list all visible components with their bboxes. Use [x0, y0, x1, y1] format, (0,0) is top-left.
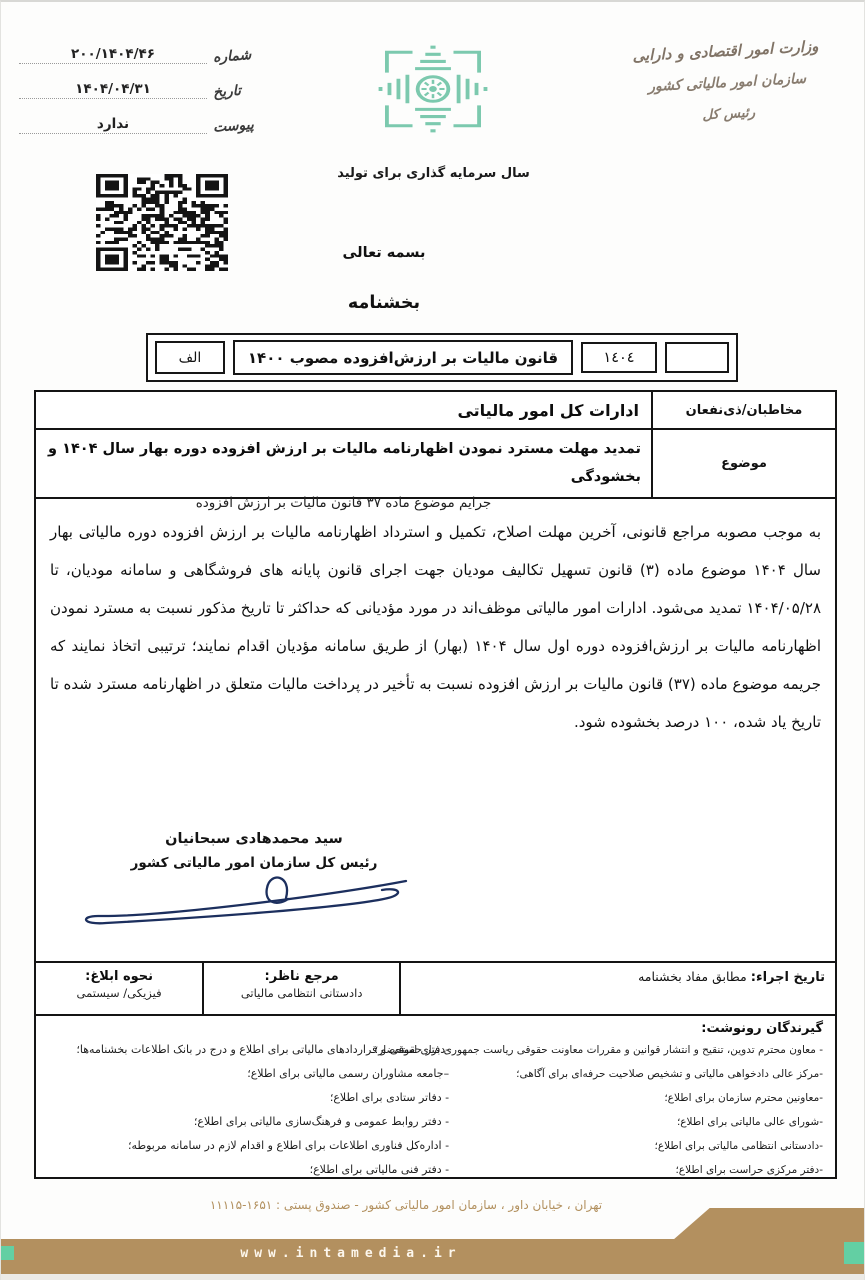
execution-date-cell: تاریخ اجراء: مطابق مفاد بخشنامه	[401, 963, 835, 1014]
cc-item: -دادستانی انتظامی مالیاتی برای اطلاع؛	[449, 1134, 823, 1158]
date-label: تاریخ	[207, 81, 270, 101]
cc-item: - دفتر روابط عمومی و فرهنگ‌سازی مالیاتی …	[44, 1110, 449, 1134]
cc-item: -مرکز عالی دادخواهی مالیاتی و تشخیص صلاح…	[449, 1062, 823, 1086]
execution-date-label: تاریخ اجراء:	[751, 970, 825, 985]
letterhead: وزارت امور اقتصادی و دارایی سازمان امور …	[594, 35, 860, 129]
subject-value: تمدید مهلت مسترد نمودن اظهارنامه مالیات …	[36, 430, 651, 497]
cc-item: -دفتر حقوقی و قراردادهای مالیاتی برای اط…	[44, 1038, 449, 1062]
number-value: ۲۰۰/۱۴۰۴/۴۶	[19, 46, 207, 64]
signer-name: سید محمدهادی سبحانیان	[84, 831, 424, 847]
classification-letter-box: الف	[155, 341, 225, 374]
meta-row-attachment: پیوست ندارد	[19, 116, 269, 134]
footer-teal-square-left	[1, 1246, 14, 1260]
qr-code	[96, 174, 228, 271]
subject-label: موضوع	[651, 430, 835, 497]
subject-line1: تمدید مهلت مسترد نمودن اظهارنامه مالیات …	[46, 436, 641, 491]
classification-law-box: قانون مالیات بر ارزش‌افزوده مصوب ۱۴۰۰	[233, 340, 573, 375]
audience-row: مخاطبان/ذی‌نفعان ادارات کل امور مالیاتی	[36, 392, 835, 430]
body-row: به موجب مصوبه مراجع قانونی، آخرین مهلت ا…	[36, 499, 835, 961]
classification-year-box: ١٤٠٤	[581, 342, 657, 373]
number-label: شماره	[207, 46, 270, 66]
date-value: ۱۴۰۴/۰۴/۳۱	[19, 81, 207, 99]
supervisor-cell: مرجع ناظر: دادستانی انتظامی مالیاتی	[202, 963, 401, 1014]
subject-row: موضوع تمدید مهلت مسترد نمودن اظهارنامه م…	[36, 430, 835, 499]
document-type-heading: بخشنامه	[284, 293, 484, 313]
head-title: رئیس کل	[597, 99, 859, 129]
classification-bar: ١٤٠٤ قانون مالیات بر ارزش‌افزوده مصوب ۱۴…	[146, 333, 738, 382]
cc-item: - معاون محترم تدوین، تنقیح و انتشار قوان…	[449, 1038, 823, 1062]
bismillah-heading: بسمه تعالی	[284, 245, 484, 261]
scan-bottom-edge	[1, 1274, 865, 1280]
supervisor-label: مرجع ناظر:	[204, 969, 399, 984]
cc-item: -دفتر مرکزی حراست برای اطلاع؛	[449, 1158, 823, 1182]
cc-columns: - معاون محترم تدوین، تنقیح و انتشار قوان…	[44, 1038, 823, 1182]
cc-column-right: - معاون محترم تدوین، تنقیح و انتشار قوان…	[449, 1038, 823, 1182]
footer-address: تهران ، خیابان داور ، سازمان امور مالیات…	[131, 1198, 681, 1212]
execution-date-value: مطابق مفاد بخشنامه	[638, 969, 747, 984]
audience-value: ادارات کل امور مالیاتی	[36, 392, 651, 428]
ministry-name: وزارت امور اقتصادی و دارایی	[594, 35, 857, 67]
classification-empty-box	[665, 342, 729, 373]
cc-item: -معاونین محترم سازمان برای اطلاع؛	[449, 1086, 823, 1110]
notification-label: نحوه ابلاغ:	[36, 969, 202, 984]
tax-organization-logo-icon	[369, 38, 497, 140]
meta-row-date: تاریخ ۱۴۰۴/۰۴/۳۱	[19, 81, 269, 99]
signature-block: سید محمدهادی سبحانیان رئیس کل سازمان امو…	[84, 831, 424, 871]
footer-slant-shape	[673, 1208, 865, 1240]
notification-value: فیزیکی/ سیستمی	[36, 986, 202, 1000]
footer-teal-square-right	[844, 1242, 865, 1264]
cc-header: گیرندگان رونوشت:	[44, 1021, 823, 1036]
circular-main-table: مخاطبان/ذی‌نفعان ادارات کل امور مالیاتی …	[34, 390, 837, 1179]
document-meta: شماره ۲۰۰/۱۴۰۴/۴۶ تاریخ ۱۴۰۴/۰۴/۳۱ پیوست…	[19, 46, 269, 151]
attachment-value: ندارد	[19, 116, 207, 134]
cc-item: –جامعه مشاوران رسمی مالیاتی برای اطلاع؛	[44, 1062, 449, 1086]
circular-document-page: شماره ۲۰۰/۱۴۰۴/۴۶ تاریخ ۱۴۰۴/۰۴/۳۱ پیوست…	[0, 0, 865, 1280]
supervisor-value: دادستانی انتظامی مالیاتی	[204, 986, 399, 1000]
cc-item: -شورای عالی مالیاتی برای اطلاع؛	[449, 1110, 823, 1134]
audience-label: مخاطبان/ذی‌نفعان	[651, 392, 835, 428]
cc-recipients-row: گیرندگان رونوشت: - معاون محترم تدوین، تن…	[36, 1016, 835, 1179]
handwritten-signature	[72, 867, 412, 935]
cc-column-left: -دفتر حقوقی و قراردادهای مالیاتی برای اط…	[44, 1038, 449, 1182]
attachment-label: پیوست	[207, 116, 270, 136]
cc-item: - اداره‌کل فناوری اطلاعات برای اطلاع و ا…	[44, 1134, 449, 1158]
cc-item: - دفاتر ستادی برای اطلاع؛	[44, 1086, 449, 1110]
year-slogan: سال سرمایه گذاری برای تولید	[326, 166, 541, 181]
organization-name: سازمان امور مالیاتی کشور	[596, 68, 858, 98]
meta-row-number: شماره ۲۰۰/۱۴۰۴/۴۶	[19, 46, 269, 64]
footer-website: www.intamedia.ir	[151, 1246, 551, 1261]
cc-item: - دفتر فنی مالیاتی برای اطلاع؛	[44, 1158, 449, 1182]
notification-cell: نحوه ابلاغ: فیزیکی/ سیستمی	[36, 963, 202, 1014]
execution-row: تاریخ اجراء: مطابق مفاد بخشنامه مرجع ناظ…	[36, 961, 835, 1016]
